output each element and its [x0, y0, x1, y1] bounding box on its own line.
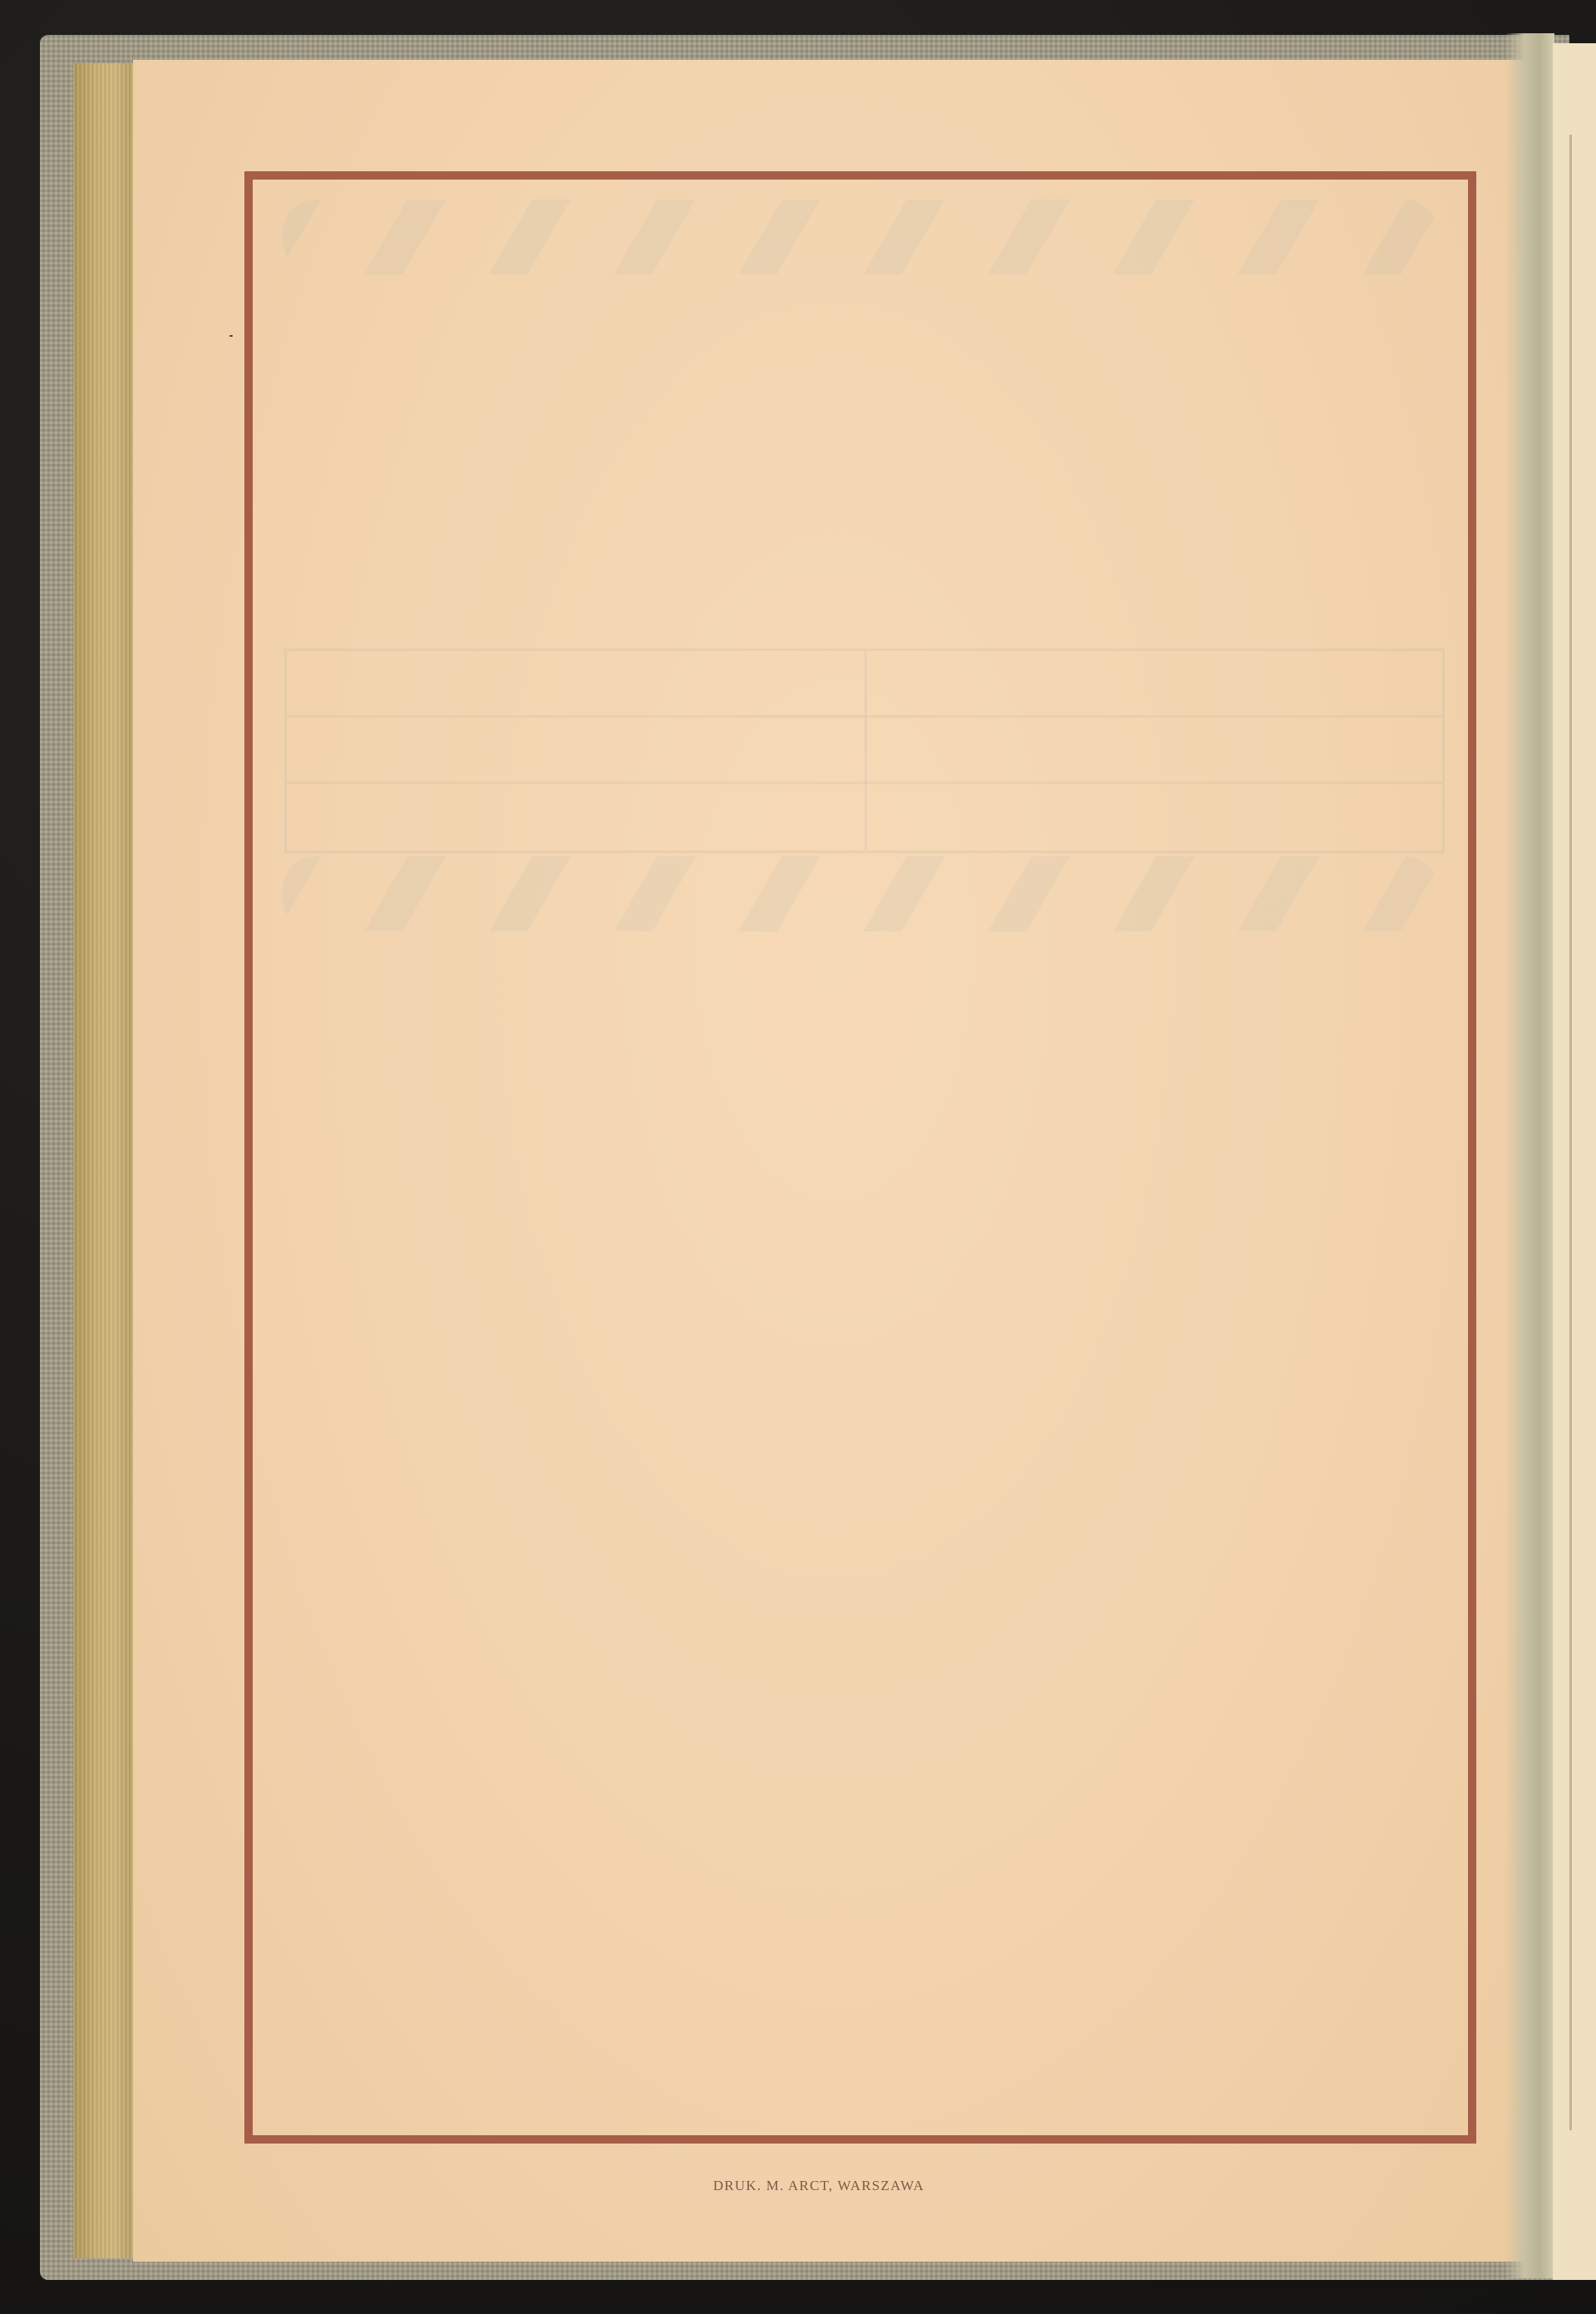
adjacent-page-edge: [1553, 43, 1596, 2280]
page-border-frame: [244, 171, 1476, 2144]
book-gutter: [1505, 33, 1554, 2278]
paper-speck: [229, 335, 233, 337]
printer-imprint: DRUK. M. ARCT, WARSZAWA: [0, 2178, 1596, 2194]
adjacent-page-ornament: [1569, 135, 1596, 2130]
